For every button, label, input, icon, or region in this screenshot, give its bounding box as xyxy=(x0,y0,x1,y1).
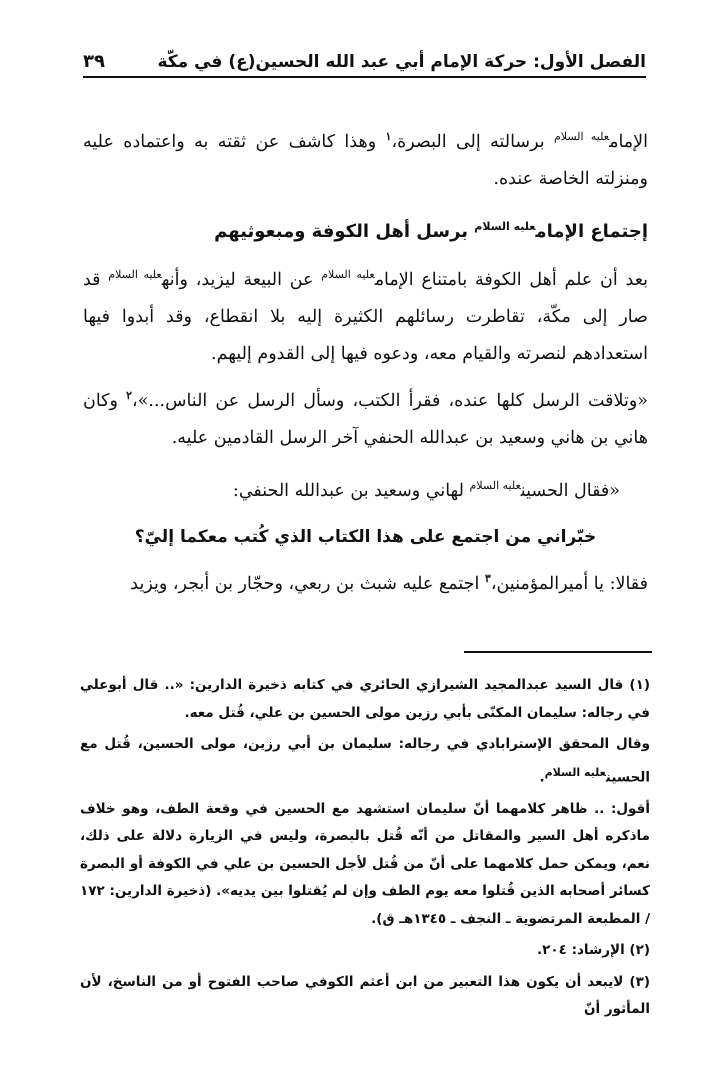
text: بعد أن علم أهل الكوفة بامتناع الإمام xyxy=(375,270,648,290)
paragraph-2: بعد أن علم أهل الكوفة بامتناع الإمامعليه… xyxy=(83,256,648,373)
salutation-icon: عليه السلام xyxy=(545,766,606,779)
footnote-separator xyxy=(464,651,652,653)
paragraph-1: الإمامعليه السلام برسالته إلى البصرة،١ و… xyxy=(83,118,648,198)
text: فقالا: يا أميرالمؤمنين، xyxy=(491,574,648,594)
running-header: الفصل الأول: حركة الإمام أبي عبد الله ال… xyxy=(83,40,646,78)
salutation-icon: عليه السلام xyxy=(321,268,374,281)
text: برسالته إلى البصرة، xyxy=(391,132,554,152)
salutation-icon: عليه السلام xyxy=(474,220,535,233)
chapter-title: الفصل الأول: حركة الإمام أبي عبد الله ال… xyxy=(157,52,646,72)
salutation-icon: عليه السلام xyxy=(554,130,609,143)
text: برسل أهل الكوفة ومبعوثيهم xyxy=(214,221,474,242)
book-page: الفصل الأول: حركة الإمام أبي عبد الله ال… xyxy=(0,0,713,1075)
text: إجتماع الإمام xyxy=(536,221,649,242)
salutation-icon: عليه السلام xyxy=(470,479,521,492)
text: لهاني وسعيد بن عبدالله الحنفي: xyxy=(233,480,470,500)
footnotes: (١) قال السيد عبدالمجيد الشيرازي الحائري… xyxy=(80,672,650,1028)
footnote-1-continued: وقال المحقق الإسترابادي في رجاله: سليمان… xyxy=(80,731,650,792)
text: عن البيعة ليزيد، وأنه xyxy=(162,270,322,290)
page-number: ٣٩ xyxy=(83,51,105,72)
footnote-2: (٢) الإرشاد: ٢٠٤. xyxy=(80,937,650,965)
paragraph-3: «وتلاقت الرسل كلها عنده، فقرأ الكتب، وسأ… xyxy=(83,383,648,457)
text: الإمام xyxy=(609,132,648,152)
quoted-question: خبّراني من اجتمع على هذا الكتاب الذي كُت… xyxy=(83,519,648,556)
section-heading: إجتماع الإمامعليه السلام برسل أهل الكوفة… xyxy=(83,208,648,250)
paragraph-4: «فقال الحسينعليه السلام لهاني وسعيد بن ع… xyxy=(83,467,648,510)
text: «وتلاقت الرسل كلها عنده، فقرأ الكتب، وسأ… xyxy=(132,391,648,411)
paragraph-5: فقالا: يا أميرالمؤمنين،٣ اجتمع عليه شبث … xyxy=(83,566,648,603)
footnote-3: (٣) لايبعد أن يكون هذا التعبير من ابن أع… xyxy=(80,969,650,1024)
footnote-1-commentary: أقول: .. ظاهر كلامهما أنّ سليمان استشهد … xyxy=(80,796,650,934)
text: «فقال الحسين xyxy=(521,480,620,500)
main-text: الإمامعليه السلام برسالته إلى البصرة،١ و… xyxy=(83,118,648,613)
salutation-icon: عليه السلام xyxy=(108,268,161,281)
footnote-1: (١) قال السيد عبدالمجيد الشيرازي الحائري… xyxy=(80,672,650,727)
text: اجتمع عليه شبث بن ربعي، وحجّار بن أبجر، … xyxy=(130,574,485,594)
